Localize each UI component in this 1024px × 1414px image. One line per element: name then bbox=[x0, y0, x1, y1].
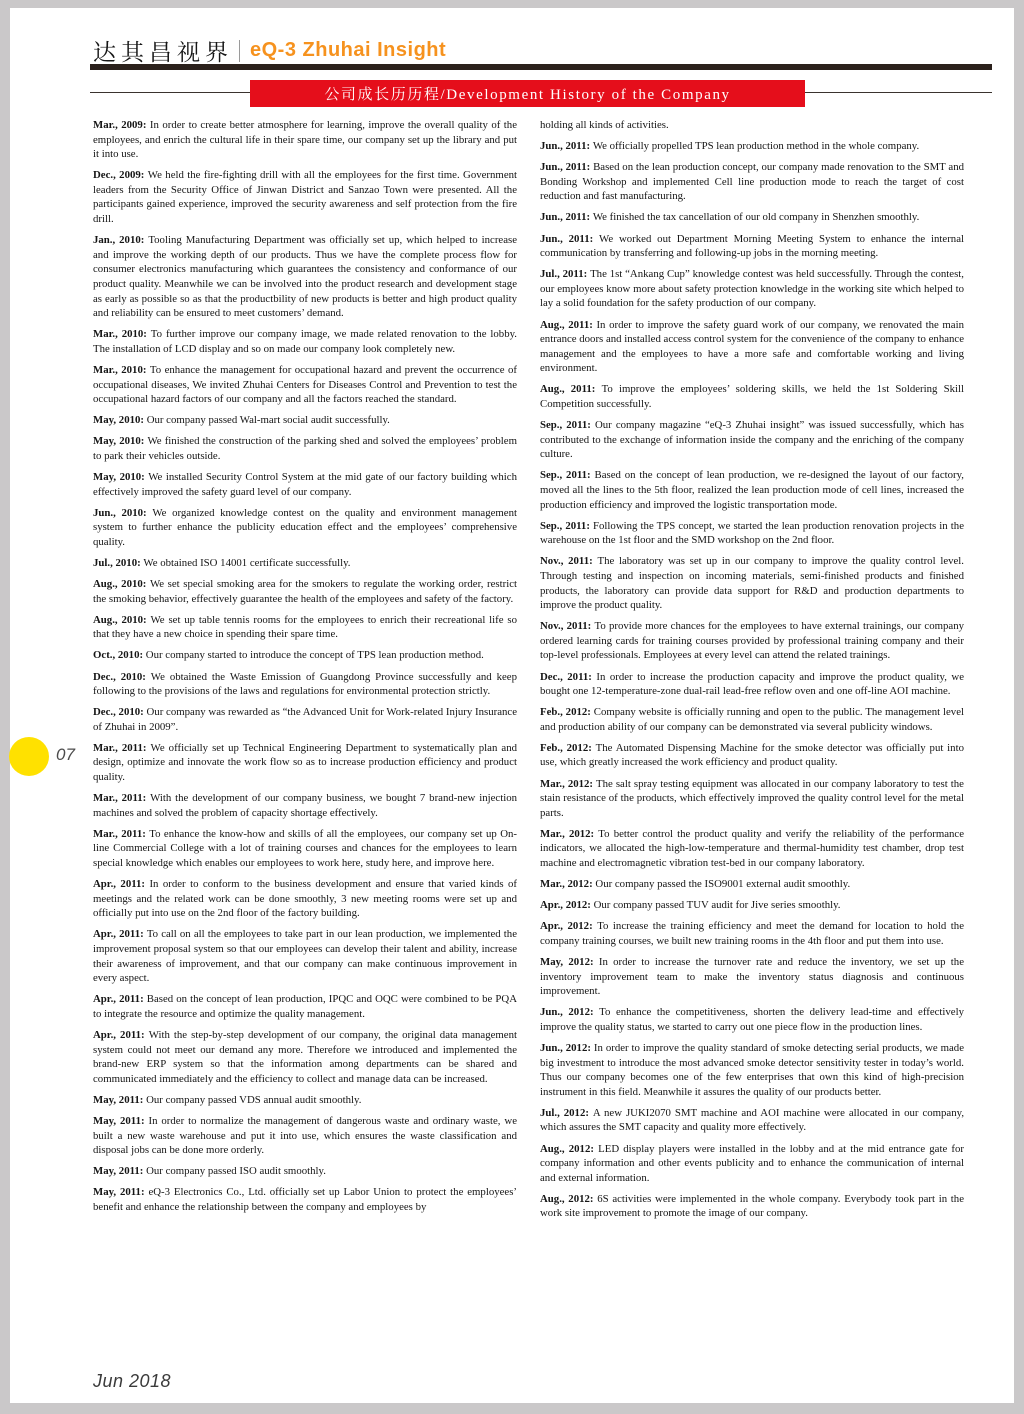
entry-text: Following the TPS concept, we started th… bbox=[540, 520, 964, 547]
entry-text: We finished the tax cancellation of our … bbox=[593, 211, 919, 223]
timeline-entry: Jul., 2010: We obtained ISO 14001 certif… bbox=[93, 556, 517, 571]
entry-text: In order to improve the quality standard… bbox=[540, 1042, 964, 1098]
entry-date: Jun., 2012: bbox=[540, 1006, 599, 1018]
entry-text: With the step-by-step development of our… bbox=[93, 1029, 517, 1085]
timeline-entry: Mar., 2010: To further improve our compa… bbox=[93, 327, 517, 356]
timeline-entry: Mar., 2010: To enhance the management fo… bbox=[93, 363, 517, 407]
entry-text: Our company started to introduce the con… bbox=[146, 649, 484, 661]
timeline-entry: May, 2010: Our company passed Wal-mart s… bbox=[93, 413, 517, 428]
footer-date: Jun 2018 bbox=[93, 1371, 171, 1391]
entry-date: Feb., 2012: bbox=[540, 706, 594, 718]
section-title: 公司成长历历程/Development History of the Compa… bbox=[324, 83, 730, 104]
entry-date: Jun., 2010: bbox=[93, 507, 152, 519]
entry-date: Sep., 2011: bbox=[540, 520, 593, 532]
masthead-rule bbox=[90, 64, 992, 70]
entry-date: Mar., 2010: bbox=[93, 364, 150, 376]
timeline-entry: Jun., 2012: To enhance the competitivene… bbox=[540, 1005, 964, 1034]
entry-text: We obtained ISO 14001 certificate succes… bbox=[143, 557, 350, 569]
entry-date: Apr., 2011: bbox=[93, 1029, 149, 1041]
yellow-dot bbox=[9, 737, 49, 776]
entry-date: Mar., 2011: bbox=[93, 828, 149, 840]
entry-date: Sep., 2011: bbox=[540, 469, 595, 481]
entry-text: The 1st “Ankang Cup” knowledge contest w… bbox=[540, 268, 964, 309]
entry-date: May, 2010: bbox=[93, 414, 147, 426]
timeline-entry: Mar., 2009: In order to create better at… bbox=[93, 118, 517, 162]
timeline-entry: Jun., 2011: We officially propelled TPS … bbox=[540, 139, 964, 154]
entry-text: We set special smoking area for the smok… bbox=[93, 578, 517, 605]
entry-date: Sep., 2011: bbox=[540, 419, 595, 431]
entry-text: LED display players were installed in th… bbox=[540, 1143, 964, 1184]
magazine-page: 达其昌视界 eQ-3 Zhuhai Insight 公司成长历历程/Develo… bbox=[10, 8, 1014, 1403]
entry-date: Jun., 2011: bbox=[540, 211, 593, 223]
entry-date: May, 2011: bbox=[93, 1115, 149, 1127]
timeline-entry: Mar., 2011: To enhance the know-how and … bbox=[93, 827, 517, 871]
entry-date: May, 2012: bbox=[540, 956, 599, 968]
entry-date: Mar., 2012: bbox=[540, 828, 598, 840]
entry-date: Apr., 2012: bbox=[540, 920, 597, 932]
entry-date: May, 2011: bbox=[93, 1094, 146, 1106]
entry-text: With the development of our company busi… bbox=[93, 792, 517, 819]
timeline-entry: Jul., 2012: A new JUKI2070 SMT machine a… bbox=[540, 1106, 964, 1135]
entry-text: To provide more chances for the employee… bbox=[540, 620, 964, 661]
entry-date: Jan., 2010: bbox=[93, 234, 148, 246]
timeline-entry: Mar., 2011: We officially set up Technic… bbox=[93, 741, 517, 785]
entry-text: Our company was rewarded as “the Advance… bbox=[93, 706, 517, 733]
entry-text: In order to improve the safety guard wor… bbox=[540, 319, 964, 375]
entry-date: May, 2010: bbox=[93, 435, 147, 447]
entry-text: Our company passed Wal-mart social audit… bbox=[147, 414, 390, 426]
timeline-entry: Feb., 2012: The Automated Dispensing Mac… bbox=[540, 741, 964, 770]
timeline-entry: Sep., 2011: Following the TPS concept, w… bbox=[540, 519, 964, 548]
timeline-entry: Jun., 2011: Based on the lean production… bbox=[540, 160, 964, 204]
entry-date: Apr., 2012: bbox=[540, 899, 594, 911]
timeline-column-right: holding all kinds of activities.Jun., 20… bbox=[540, 118, 964, 1370]
entry-date: Aug., 2010: bbox=[93, 578, 150, 590]
timeline-entry: Nov., 2011: To provide more chances for … bbox=[540, 619, 964, 663]
timeline-entry: Aug., 2010: We set up table tennis rooms… bbox=[93, 613, 517, 642]
entry-text: In order to increase the turnover rate a… bbox=[540, 956, 964, 997]
entry-date: Jun., 2012: bbox=[540, 1042, 594, 1054]
timeline-entry: Apr., 2012: To increase the training eff… bbox=[540, 919, 964, 948]
entry-text: In order to create better atmosphere for… bbox=[93, 119, 517, 160]
entry-date: Apr., 2011: bbox=[93, 928, 147, 940]
timeline-entry: Aug., 2011: In order to improve the safe… bbox=[540, 318, 964, 376]
timeline-entry: May, 2012: In order to increase the turn… bbox=[540, 955, 964, 999]
timeline-entry: Jun., 2011: We worked out Department Mor… bbox=[540, 232, 964, 261]
timeline-entry: Nov., 2011: The laboratory was set up in… bbox=[540, 554, 964, 612]
entry-text: eQ-3 Electronics Co., Ltd. officially se… bbox=[93, 1186, 517, 1213]
entry-text: In order to conform to the business deve… bbox=[93, 878, 517, 919]
entry-text: To improve the employees’ soldering skil… bbox=[540, 383, 964, 410]
timeline-entry: Mar., 2011: With the development of our … bbox=[93, 791, 517, 820]
footer: Jun 2018 bbox=[93, 1371, 171, 1392]
timeline-entry: Mar., 2012: The salt spray testing equip… bbox=[540, 777, 964, 821]
entry-text: We officially propelled TPS lean product… bbox=[593, 140, 919, 152]
timeline-entry: May, 2010: We installed Security Control… bbox=[93, 470, 517, 499]
entry-text: Our company passed VDS annual audit smoo… bbox=[146, 1094, 361, 1106]
entry-date: May, 2011: bbox=[93, 1165, 146, 1177]
entry-text: To further improve our company image, we… bbox=[93, 328, 517, 355]
entry-date: Apr., 2011: bbox=[93, 878, 149, 890]
entry-date: Jun., 2011: bbox=[540, 233, 599, 245]
timeline-entry: Aug., 2012: LED display players were ins… bbox=[540, 1142, 964, 1186]
entry-date: Nov., 2011: bbox=[540, 555, 597, 567]
entry-text: Our company passed TUV audit for Jive se… bbox=[594, 899, 841, 911]
timeline-entry: Jul., 2011: The 1st “Ankang Cup” knowled… bbox=[540, 267, 964, 311]
entry-text: Company website is officially running an… bbox=[540, 706, 964, 733]
entry-text: We organized knowledge contest on the qu… bbox=[93, 507, 517, 548]
timeline-entry: Aug., 2012: 6S activities were implement… bbox=[540, 1192, 964, 1221]
entry-text: Our company magazine “eQ-3 Zhuhai insigh… bbox=[540, 419, 964, 460]
masthead: 达其昌视界 eQ-3 Zhuhai Insight bbox=[93, 34, 446, 67]
entry-text: We finished the construction of the park… bbox=[93, 435, 517, 462]
timeline-entry: holding all kinds of activities. bbox=[540, 118, 964, 133]
timeline-entry: May, 2011: Our company passed VDS annual… bbox=[93, 1093, 517, 1108]
entry-date: Dec., 2009: bbox=[93, 169, 148, 181]
timeline-entry: Jun., 2010: We organized knowledge conte… bbox=[93, 506, 517, 550]
entry-date: Mar., 2011: bbox=[93, 742, 151, 754]
entry-text: To increase the training efficiency and … bbox=[540, 920, 964, 947]
timeline-entry: Jun., 2012: In order to improve the qual… bbox=[540, 1041, 964, 1099]
entry-text: Tooling Manufacturing Department was off… bbox=[93, 234, 517, 319]
entry-text: We installed Security Control System at … bbox=[93, 471, 517, 498]
entry-text: Based on the lean production concept, ou… bbox=[540, 161, 964, 202]
entry-date: Jul., 2010: bbox=[93, 557, 143, 569]
entry-date: Jul., 2012: bbox=[540, 1107, 593, 1119]
entry-text: To better control the product quality an… bbox=[540, 828, 964, 869]
entry-text: In order to increase the production capa… bbox=[540, 671, 964, 698]
entry-text: The Automated Dispensing Machine for the… bbox=[540, 742, 964, 769]
entry-text: We set up table tennis rooms for the emp… bbox=[93, 614, 517, 641]
entry-date: Aug., 2010: bbox=[93, 614, 150, 626]
entry-date: Aug., 2012: bbox=[540, 1193, 597, 1205]
timeline-entry: Apr., 2011: In order to conform to the b… bbox=[93, 877, 517, 921]
timeline-entry: Jun., 2011: We finished the tax cancella… bbox=[540, 210, 964, 225]
entry-text: holding all kinds of activities. bbox=[540, 119, 669, 131]
entry-date: Mar., 2010: bbox=[93, 328, 151, 340]
entry-date: Dec., 2010: bbox=[93, 671, 151, 683]
entry-text: To enhance the competitiveness, shorten … bbox=[540, 1006, 964, 1033]
entry-text: To enhance the management for occupation… bbox=[93, 364, 517, 405]
entry-text: Based on the concept of lean production,… bbox=[540, 469, 964, 510]
timeline-entry: Sep., 2011: Based on the concept of lean… bbox=[540, 468, 964, 512]
entry-date: Aug., 2011: bbox=[540, 319, 596, 331]
entry-text: To call on all the employees to take par… bbox=[93, 928, 517, 984]
entry-text: Our company passed ISO audit smoothly. bbox=[146, 1165, 326, 1177]
entry-date: Jul., 2011: bbox=[540, 268, 590, 280]
timeline-entry: Dec., 2010: Our company was rewarded as … bbox=[93, 705, 517, 734]
entry-date: Oct., 2010: bbox=[93, 649, 146, 661]
entry-text: We obtained the Waste Emission of Guangd… bbox=[93, 671, 517, 698]
timeline-entry: Dec., 2010: We obtained the Waste Emissi… bbox=[93, 670, 517, 699]
timeline-entry: May, 2011: Our company passed ISO audit … bbox=[93, 1164, 517, 1179]
page-number: 07 bbox=[56, 745, 75, 765]
entry-date: Aug., 2012: bbox=[540, 1143, 598, 1155]
entry-text: The salt spray testing equipment was all… bbox=[540, 778, 964, 819]
timeline-entry: Oct., 2010: Our company started to intro… bbox=[93, 648, 517, 663]
entry-text: Based on the concept of lean production,… bbox=[93, 993, 517, 1020]
entry-text: The laboratory was set up in our company… bbox=[540, 555, 964, 611]
timeline-entry: Jan., 2010: Tooling Manufacturing Depart… bbox=[93, 233, 517, 321]
entry-date: Aug., 2011: bbox=[540, 383, 602, 395]
entry-text: Our company passed the ISO9001 external … bbox=[595, 878, 850, 890]
entry-text: We held the fire-fighting drill with all… bbox=[93, 169, 517, 225]
masthead-title-cn: 达其昌视界 bbox=[93, 34, 233, 67]
entry-date: Feb., 2012: bbox=[540, 742, 596, 754]
timeline-entry: Mar., 2012: Our company passed the ISO90… bbox=[540, 877, 964, 892]
entry-date: Apr., 2011: bbox=[93, 993, 147, 1005]
timeline-entry: Apr., 2012: Our company passed TUV audit… bbox=[540, 898, 964, 913]
section-banner: 公司成长历历程/Development History of the Compa… bbox=[250, 80, 805, 107]
timeline-entry: Aug., 2010: We set special smoking area … bbox=[93, 577, 517, 606]
masthead-title-en: eQ-3 Zhuhai Insight bbox=[250, 39, 446, 62]
entry-date: Jun., 2011: bbox=[540, 140, 593, 152]
timeline-entry: Dec., 2011: In order to increase the pro… bbox=[540, 670, 964, 699]
entry-text: To enhance the know-how and skills of al… bbox=[93, 828, 517, 869]
entry-date: Dec., 2011: bbox=[540, 671, 596, 683]
entry-text: We worked out Department Morning Meeting… bbox=[540, 233, 964, 260]
timeline-entry: May, 2011: In order to normalize the man… bbox=[93, 1114, 517, 1158]
entry-date: May, 2011: bbox=[93, 1186, 148, 1198]
timeline-entry: Sep., 2011: Our company magazine “eQ-3 Z… bbox=[540, 418, 964, 462]
entry-date: Jun., 2011: bbox=[540, 161, 593, 173]
entry-text: A new JUKI2070 SMT machine and AOI machi… bbox=[540, 1107, 964, 1134]
entry-date: May, 2010: bbox=[93, 471, 148, 483]
timeline-entry: Dec., 2009: We held the fire-fighting dr… bbox=[93, 168, 517, 226]
entry-date: Dec., 2010: bbox=[93, 706, 147, 718]
entry-date: Mar., 2012: bbox=[540, 778, 596, 790]
entry-date: Mar., 2012: bbox=[540, 878, 595, 890]
entry-text: 6S activities were implemented in the wh… bbox=[540, 1193, 964, 1220]
timeline-entry: Feb., 2012: Company website is officiall… bbox=[540, 705, 964, 734]
timeline-entry: Apr., 2011: To call on all the employees… bbox=[93, 927, 517, 985]
entry-date: Nov., 2011: bbox=[540, 620, 595, 632]
masthead-divider bbox=[239, 40, 240, 62]
timeline-entry: Mar., 2012: To better control the produc… bbox=[540, 827, 964, 871]
timeline-entry: May, 2010: We finished the construction … bbox=[93, 434, 517, 463]
timeline-entry: Aug., 2011: To improve the employees’ so… bbox=[540, 382, 964, 411]
entry-text: In order to normalize the management of … bbox=[93, 1115, 517, 1156]
timeline-entry: Apr., 2011: With the step-by-step develo… bbox=[93, 1028, 517, 1086]
entry-date: Mar., 2011: bbox=[93, 792, 150, 804]
timeline-column-left: Mar., 2009: In order to create better at… bbox=[93, 118, 517, 1370]
timeline-entry: May, 2011: eQ-3 Electronics Co., Ltd. of… bbox=[93, 1185, 517, 1214]
timeline-entry: Apr., 2011: Based on the concept of lean… bbox=[93, 992, 517, 1021]
entry-date: Mar., 2009: bbox=[93, 119, 150, 131]
entry-text: We officially set up Technical Engineeri… bbox=[93, 742, 517, 783]
